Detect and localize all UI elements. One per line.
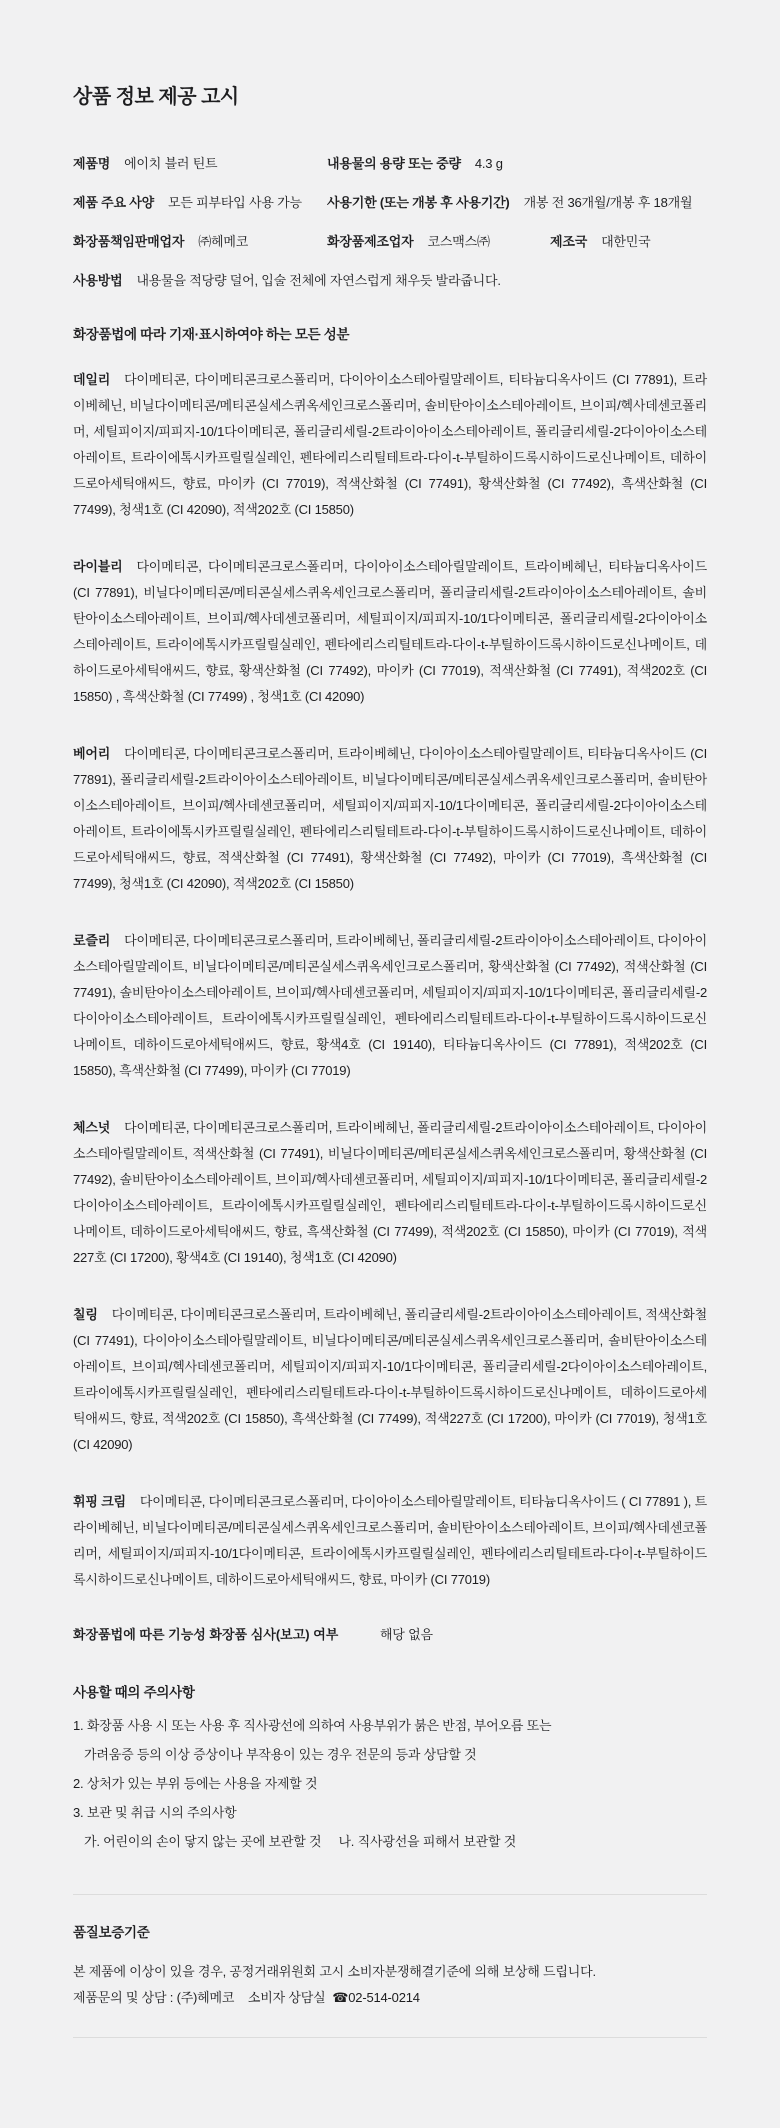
shade-name-beary: 베어리 — [73, 746, 110, 761]
ingredient-paragraph-rosely: 로즐리다이메티콘, 다이메티콘크로스폴리머, 트라이베헤닌, 폴리글리세릴-2트… — [73, 928, 707, 1084]
expiry-label: 사용기한 (또는 개봉 후 사용기간) — [327, 192, 510, 211]
cautions-section: 사용할 때의 주의사항 1. 화장품 사용 시 또는 사용 후 직사광선에 의하… — [73, 1681, 707, 1856]
shade-name-chestnut: 체스넛 — [73, 1120, 110, 1135]
ingredient-paragraph-whipping-cream: 휘핑 크림다이메티콘, 다이메티콘크로스폴리머, 다이아이소스테아릴말레이트, … — [73, 1489, 707, 1593]
caution-line-1-continued: 가려움증 등의 이상 증상이나 부작용이 있는 경우 전문의 등과 상담할 것 — [73, 1740, 707, 1769]
ingredient-list-chestnut: 다이메티콘, 다이메티콘크로스폴리머, 트라이베헤닌, 폴리글리세릴-2트라이아… — [73, 1120, 707, 1265]
seller-value: ㈜헤메코 — [198, 231, 248, 250]
functional-review-row: 화장품법에 따른 기능성 화장품 심사(보고) 여부 해당 없음 — [73, 1624, 707, 1643]
info-row-product-name: 제품명 에이치 블러 틴트 내용물의 용량 또는 중량 4.3 g — [73, 153, 707, 172]
seller-label: 화장품책임판매업자 — [73, 231, 184, 250]
info-row-usage: 사용방법 내용물을 적당량 덜어, 입술 전체에 자연스럽게 채우듯 발라줍니다… — [73, 270, 707, 289]
caution-line-1: 1. 화장품 사용 시 또는 사용 후 직사광선에 의하여 사용부위가 붉은 반… — [73, 1711, 707, 1740]
ingredient-paragraph-chilling: 칠링다이메티콘, 다이메티콘크로스폴리머, 트라이베헤닌, 폴리글리세릴-2트라… — [73, 1302, 707, 1458]
ingredient-list-chilling: 다이메티콘, 다이메티콘크로스폴리머, 트라이베헤닌, 폴리글리세릴-2트라이아… — [73, 1307, 707, 1452]
info-row-specs: 제품 주요 사양 모든 피부타입 사용 가능 사용기한 (또는 개봉 후 사용기… — [73, 192, 707, 211]
ingredient-list-whipping-cream: 다이메티콘, 다이메티콘크로스폴리머, 다이아이소스테아릴말레이트, 티타늄디옥… — [73, 1494, 707, 1587]
product-name-label: 제품명 — [73, 153, 110, 172]
caution-line-3-sub: 가. 어린이의 손이 닿지 않는 곳에 보관할 것 나. 직사광선을 피해서 보… — [73, 1827, 707, 1856]
warranty-contact-line: 제품문의 및 상담 : (주)헤메코 소비자 상담실 ☎02-514-0214 — [73, 1985, 707, 2011]
ingredient-paragraph-lively: 라이블리다이메티콘, 다이메티콘크로스폴리머, 다이아이소스테아릴말레이트, 트… — [73, 554, 707, 710]
warranty-line-1: 본 제품에 이상이 있을 경우, 공정거래위원회 고시 소비자분쟁해결기준에 의… — [73, 1959, 707, 1985]
info-row-companies: 화장품책임판매업자 ㈜헤메코 화장품제조업자 코스맥스㈜ 제조국 대한민국 — [73, 231, 707, 250]
divider-top — [73, 1894, 707, 1895]
manufacturer-value: 코스맥스㈜ — [428, 231, 490, 250]
cautions-heading: 사용할 때의 주의사항 — [73, 1681, 707, 1701]
ingredient-paragraph-beary: 베어리다이메티콘, 다이메티콘크로스폴리머, 트라이베헤닌, 다이아이소스테아릴… — [73, 741, 707, 897]
divider-bottom — [73, 2037, 707, 2038]
shade-name-whipping-cream: 휘핑 크림 — [73, 1494, 126, 1509]
country-value: 대한민국 — [601, 231, 650, 250]
shade-name-lively: 라이블리 — [73, 559, 122, 574]
country-label: 제조국 — [550, 231, 587, 250]
specs-label: 제품 주요 사양 — [73, 192, 154, 211]
caution-line-3: 3. 보관 및 취급 시의 주의사항 — [73, 1798, 707, 1827]
ingredient-paragraph-daily: 데일리다이메티콘, 다이메티콘크로스폴리머, 다이아이소스테아릴말레이트, 티타… — [73, 367, 707, 523]
functional-review-value: 해당 없음 — [380, 1627, 433, 1642]
ingredient-list-daily: 다이메티콘, 다이메티콘크로스폴리머, 다이아이소스테아릴말레이트, 티타늄디옥… — [73, 372, 707, 517]
net-weight-value: 4.3 g — [475, 156, 503, 171]
specs-value: 모든 피부타입 사용 가능 — [168, 192, 302, 211]
warranty-section: 품질보증기준 본 제품에 이상이 있을 경우, 공정거래위원회 고시 소비자분쟁… — [73, 1921, 707, 2011]
product-name-pair: 제품명 에이치 블러 틴트 — [73, 153, 327, 172]
caution-line-2: 2. 상처가 있는 부위 등에는 사용을 자제할 것 — [73, 1769, 707, 1798]
product-info-notice-page: 상품 정보 제공 고시 제품명 에이치 블러 틴트 내용물의 용량 또는 중량 … — [0, 0, 780, 2128]
ingredient-list-beary: 다이메티콘, 다이메티콘크로스폴리머, 트라이베헤닌, 다이아이소스테아릴말레이… — [73, 746, 707, 891]
ingredient-paragraph-chestnut: 체스넛다이메티콘, 다이메티콘크로스폴리머, 트라이베헤닌, 폴리글리세릴-2트… — [73, 1115, 707, 1271]
shade-name-daily: 데일리 — [73, 372, 110, 387]
expiry-pair: 사용기한 (또는 개봉 후 사용기간) 개봉 전 36개월/개봉 후 18개월 — [327, 192, 692, 211]
manufacturer-label: 화장품제조업자 — [327, 231, 414, 250]
shade-name-rosely: 로즐리 — [73, 933, 110, 948]
seller-pair: 화장품책임판매업자 ㈜헤메코 — [73, 231, 327, 250]
specs-pair: 제품 주요 사양 모든 피부타입 사용 가능 — [73, 192, 327, 211]
ingredient-list-lively: 다이메티콘, 다이메티콘크로스폴리머, 다이아이소스테아릴말레이트, 트라이베헤… — [73, 559, 707, 704]
net-weight-label: 내용물의 용량 또는 중량 — [327, 153, 461, 172]
usage-label: 사용방법 — [73, 270, 122, 289]
product-name-value: 에이치 블러 틴트 — [124, 153, 217, 172]
usage-value: 내용물을 적당량 덜어, 입술 전체에 자연스럽게 채우듯 발라줍니다. — [136, 270, 500, 289]
shade-name-chilling: 칠링 — [73, 1307, 98, 1322]
ingredients-heading: 화장품법에 따라 기재·표시하여야 하는 모든 성분 — [73, 323, 707, 343]
country-pair: 제조국 대한민국 — [550, 231, 651, 250]
expiry-value: 개봉 전 36개월/개봉 후 18개월 — [524, 192, 693, 211]
ingredient-list-rosely: 다이메티콘, 다이메티콘크로스폴리머, 트라이베헤닌, 폴리글리세릴-2트라이아… — [73, 933, 707, 1078]
net-weight-pair: 내용물의 용량 또는 중량 4.3 g — [327, 153, 503, 172]
functional-review-label: 화장품법에 따른 기능성 화장품 심사(보고) 여부 — [73, 1627, 338, 1642]
warranty-heading: 품질보증기준 — [73, 1921, 707, 1941]
manufacturer-pair: 화장품제조업자 코스맥스㈜ — [327, 231, 550, 250]
usage-pair: 사용방법 내용물을 적당량 덜어, 입술 전체에 자연스럽게 채우듯 발라줍니다… — [73, 270, 501, 289]
page-title: 상품 정보 제공 고시 — [73, 80, 707, 109]
